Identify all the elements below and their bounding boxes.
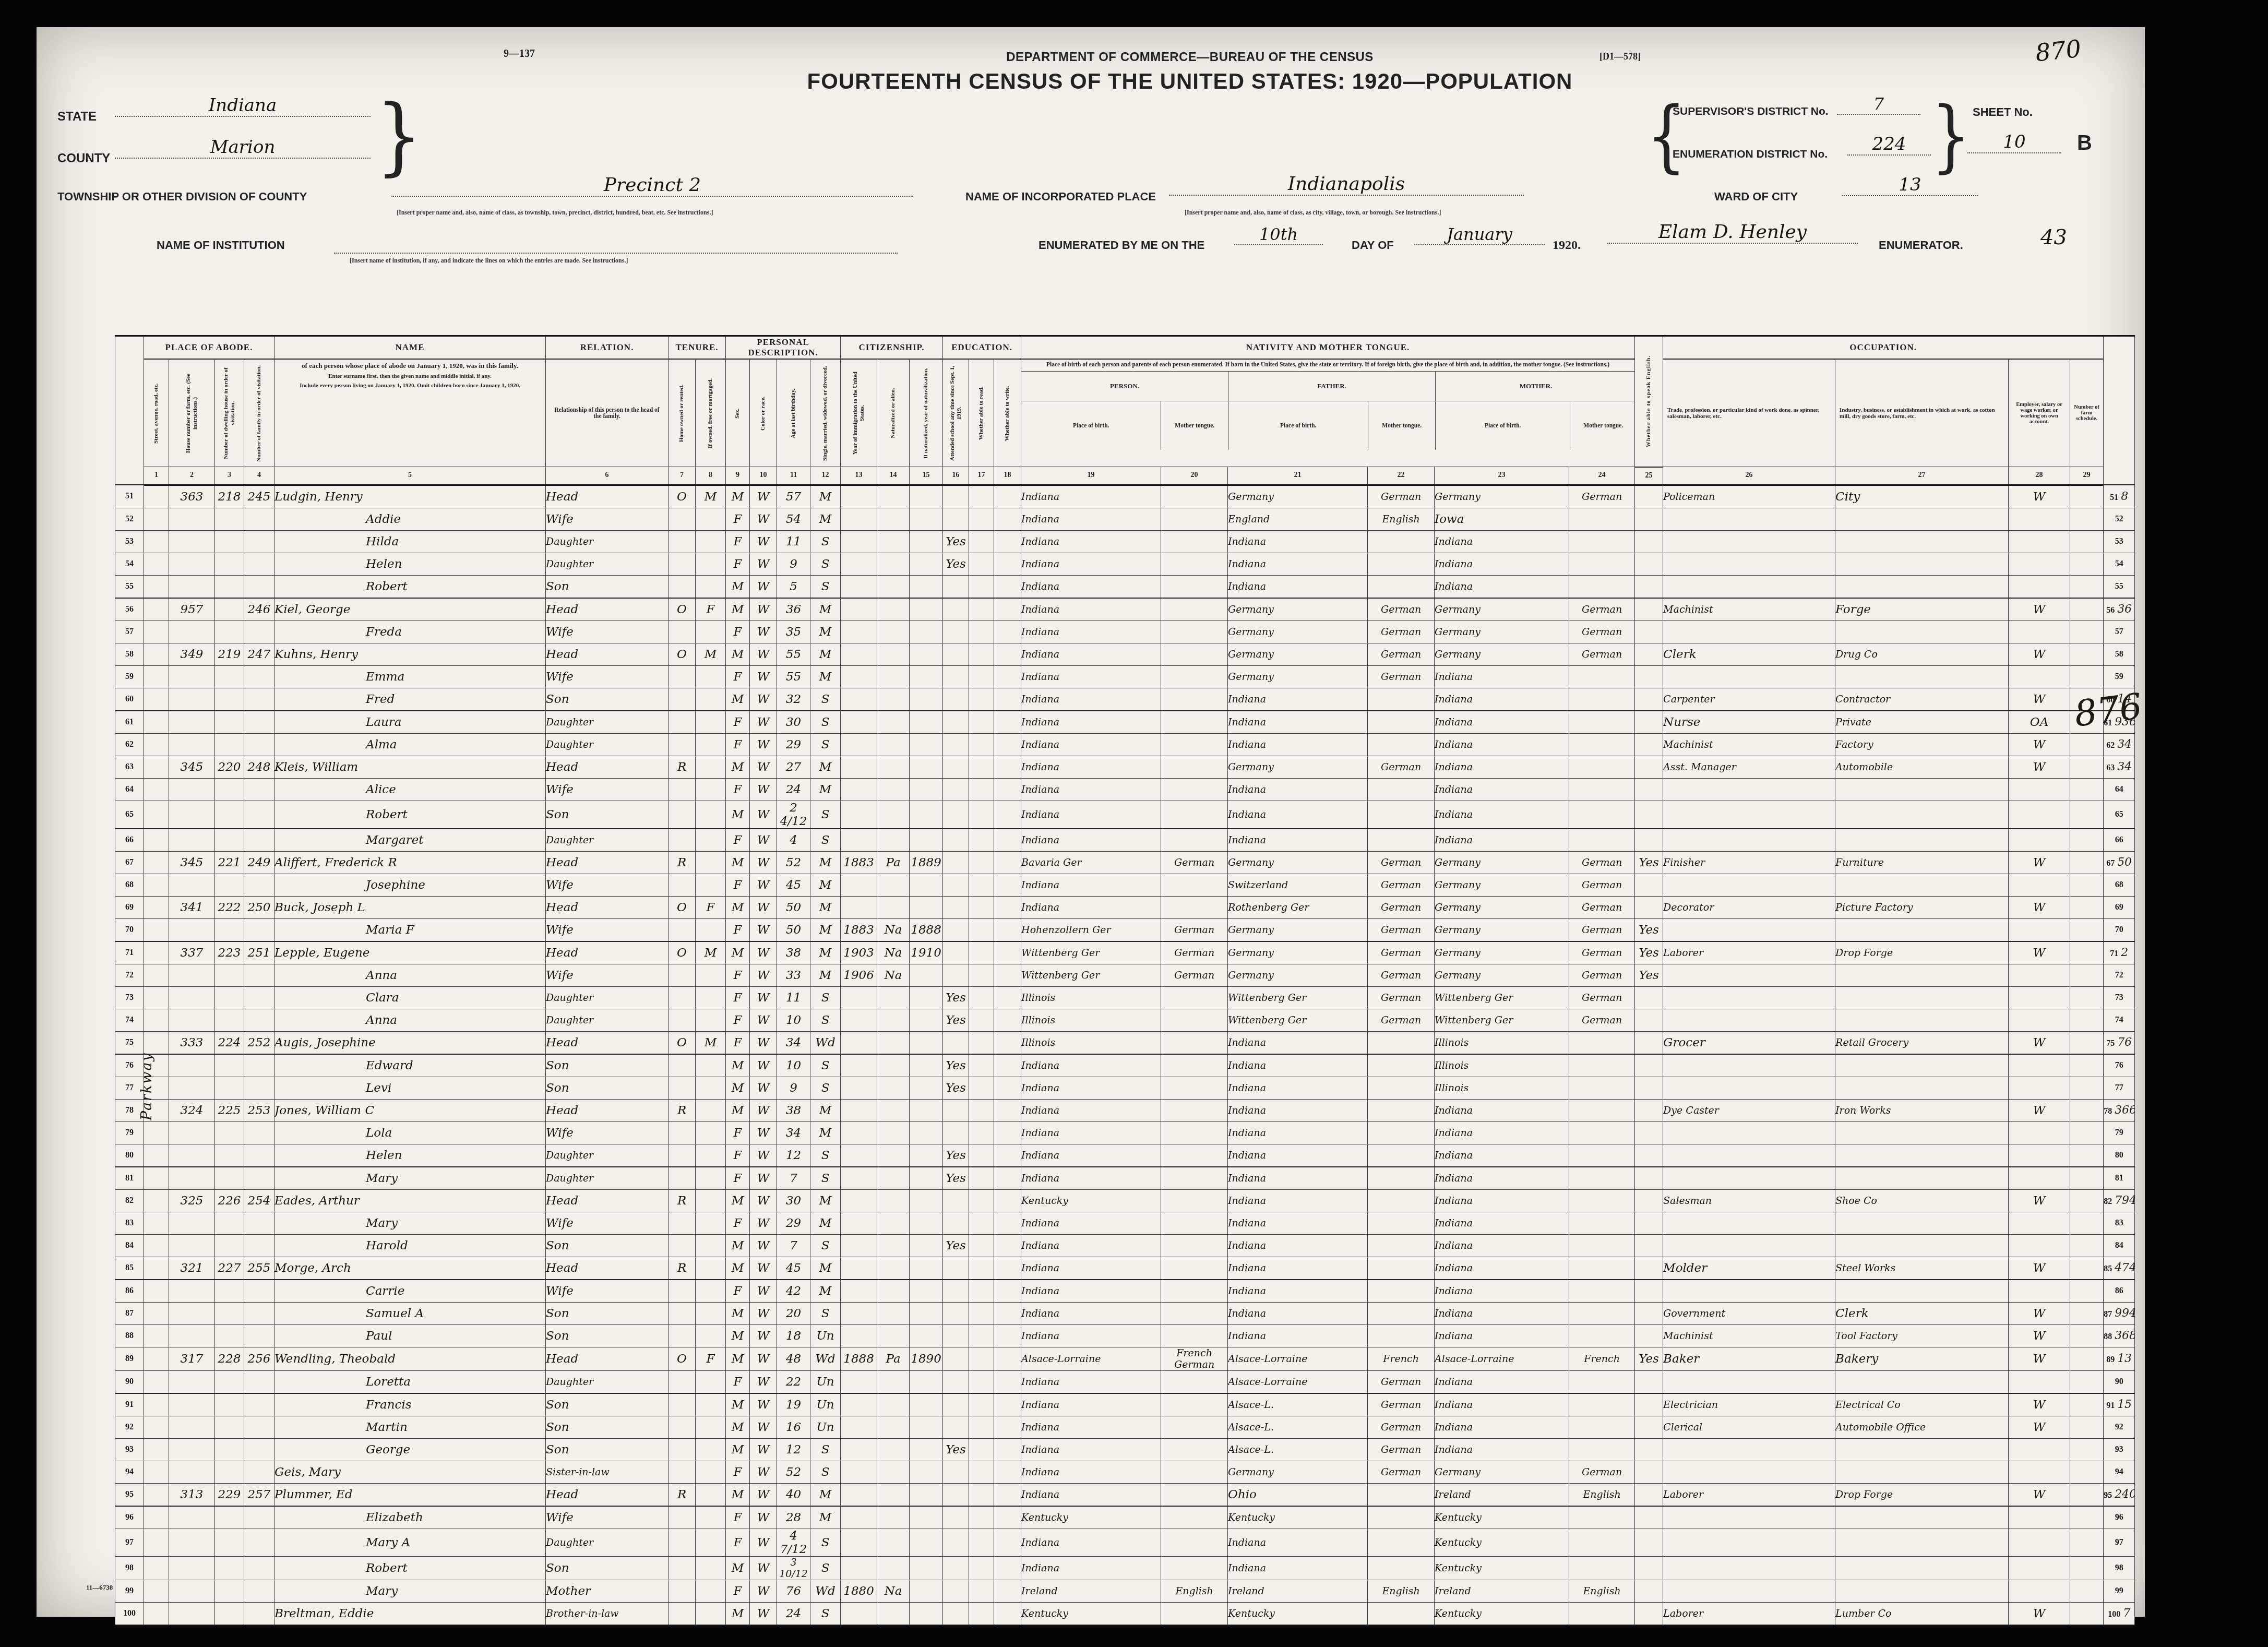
cell-rel: Head xyxy=(546,598,669,621)
cell-imm xyxy=(841,1529,877,1556)
cell-mmt xyxy=(1569,778,1635,801)
cell-emp xyxy=(2009,778,2070,801)
cell-mar: M xyxy=(810,508,841,530)
cell-sch xyxy=(943,485,969,508)
census-rows: 51363218245Ludgin, HenryHeadOMMW57MIndia… xyxy=(115,485,2135,1625)
cell-dw xyxy=(215,1077,244,1099)
cell-house: 337 xyxy=(169,941,215,964)
cell-pb: Indiana xyxy=(1021,1212,1161,1234)
cell-mar: M xyxy=(810,941,841,964)
cell-line-number-right: 69 xyxy=(2104,896,2135,918)
cell-sch xyxy=(943,575,969,598)
cell-mort xyxy=(696,1580,726,1602)
cell-ind: Drug Co xyxy=(1835,643,2009,665)
cell-emp: W xyxy=(2009,1189,2070,1212)
enumerator-number: 43 xyxy=(2040,225,2067,249)
cell-pb: Indiana xyxy=(1021,1054,1161,1077)
cell-street xyxy=(144,1506,169,1529)
cell-rel: Son xyxy=(546,575,669,598)
cell-imm: 1903 xyxy=(841,941,877,964)
cell-color: W xyxy=(750,896,777,918)
cell-nat xyxy=(877,874,910,896)
cell-read xyxy=(969,1302,994,1324)
cell-rel: Head xyxy=(546,485,669,508)
cell-sex: F xyxy=(726,1212,750,1234)
cell-own xyxy=(669,1602,696,1625)
cell-own: O xyxy=(669,1347,696,1370)
cell-ind: Forge xyxy=(1835,598,2009,621)
cell-mmt: German xyxy=(1569,620,1635,643)
cell-pb: Ireland xyxy=(1021,1580,1161,1602)
cell-pb: Indiana xyxy=(1021,598,1161,621)
cell-sch: Yes xyxy=(943,1438,969,1461)
cell-ind xyxy=(1835,778,2009,801)
mother-pob-label: Place of birth. xyxy=(1436,401,1570,450)
cell-line-number-right: 6334 xyxy=(2104,756,2135,778)
cell-mb: Indiana xyxy=(1435,778,1569,801)
cell-mar: S xyxy=(810,575,841,598)
cell-fmt: German xyxy=(1368,485,1435,508)
cell-mort xyxy=(696,1009,726,1031)
col-number-15: 15 xyxy=(910,467,943,485)
cell-imm xyxy=(841,688,877,711)
cell-mar: Un xyxy=(810,1370,841,1393)
cell-pmt xyxy=(1161,1212,1228,1234)
cell-occ: Machinist xyxy=(1663,733,1835,756)
cell-fmt xyxy=(1368,1556,1435,1580)
cell-pb: Indiana xyxy=(1021,665,1161,688)
cell-pmt xyxy=(1161,829,1228,852)
cell-dw: 223 xyxy=(215,941,244,964)
cell-natyr xyxy=(910,1280,943,1303)
cell-nat xyxy=(877,620,910,643)
margin-scribble: 368 xyxy=(2115,1329,2135,1342)
sheet-letter: B xyxy=(2077,132,2092,155)
cell-eng xyxy=(1635,986,1663,1009)
margin-scribble: 7 xyxy=(2123,1607,2130,1620)
cell-own xyxy=(669,778,696,801)
cell-natyr xyxy=(910,1054,943,1077)
cell-fam xyxy=(244,1324,274,1347)
cell-street xyxy=(144,643,169,665)
cell-line-number: 97 xyxy=(115,1529,144,1556)
cell-read xyxy=(969,530,994,553)
cell-line-number-right: 59 xyxy=(2104,665,2135,688)
cell-fb: Germany xyxy=(1228,620,1368,643)
cell-write xyxy=(994,851,1021,874)
cell-ind xyxy=(1835,918,2009,941)
cell-pb: Indiana xyxy=(1021,1438,1161,1461)
cell-mmt xyxy=(1569,1438,1635,1461)
cell-natyr xyxy=(910,1416,943,1438)
cell-mar: M xyxy=(810,665,841,688)
cell-imm xyxy=(841,1167,877,1190)
cell-line-number-right: 9115 xyxy=(2104,1393,2135,1416)
cell-fmt: German xyxy=(1368,851,1435,874)
cell-rel: Son xyxy=(546,1556,669,1580)
cell-dw: 218 xyxy=(215,485,244,508)
cell-read xyxy=(969,598,994,621)
cell-nat xyxy=(877,1461,910,1483)
cell-house xyxy=(169,1438,215,1461)
cell-emp xyxy=(2009,1167,2070,1190)
cell-rel: Son xyxy=(546,1393,669,1416)
cell-natyr xyxy=(910,711,943,734)
cell-line-number-right: 82794 xyxy=(2104,1189,2135,1212)
col-number-20: 20 xyxy=(1161,467,1228,485)
cell-dw: 228 xyxy=(215,1347,244,1370)
cell-fb: Indiana xyxy=(1228,829,1368,852)
cell-natyr xyxy=(910,1370,943,1393)
cell-ind xyxy=(1835,1054,2009,1077)
cell-ind: Private xyxy=(1835,711,2009,734)
cell-imm xyxy=(841,756,877,778)
cell-fmt xyxy=(1368,688,1435,711)
cell-color: W xyxy=(750,1370,777,1393)
cell-age: 76 xyxy=(777,1580,810,1602)
enumeration-district-value: 224 xyxy=(1847,134,1931,156)
cell-line-number: 87 xyxy=(115,1302,144,1324)
column-description-row: Street, avenue, road, etc. House number … xyxy=(115,359,2135,467)
cell-fam: 257 xyxy=(244,1483,274,1506)
cell-occ: Salesman xyxy=(1663,1189,1835,1212)
table-row: 63345220248Kleis, WilliamHeadRMW27MIndia… xyxy=(115,756,2135,778)
cell-name: Kiel, George xyxy=(274,598,546,621)
group-education: EDUCATION. xyxy=(943,336,1021,360)
page-title: FOURTEENTH CENSUS OF THE UNITED STATES: … xyxy=(710,69,1670,94)
cell-mb: Germany xyxy=(1435,874,1569,896)
cell-line-number-right: 66 xyxy=(2104,829,2135,852)
cell-pb: Illinois xyxy=(1021,986,1161,1009)
cell-color: W xyxy=(750,598,777,621)
cell-mar: S xyxy=(810,711,841,734)
cell-fam xyxy=(244,829,274,852)
cell-pb: Indiana xyxy=(1021,1121,1161,1144)
cell-pmt xyxy=(1161,733,1228,756)
cell-own xyxy=(669,829,696,852)
cell-line-number: 68 xyxy=(115,874,144,896)
sheet-number-scribble: 870 xyxy=(2034,34,2082,67)
cell-write xyxy=(994,1556,1021,1580)
cell-pmt xyxy=(1161,598,1228,621)
cell-emp: W xyxy=(2009,896,2070,918)
cell-write xyxy=(994,1529,1021,1556)
cell-sex: F xyxy=(726,620,750,643)
cell-pb: Indiana xyxy=(1021,1556,1161,1580)
cell-color: W xyxy=(750,1031,777,1054)
cell-dw xyxy=(215,665,244,688)
cell-pb: Indiana xyxy=(1021,620,1161,643)
cell-dw: 226 xyxy=(215,1189,244,1212)
col-marital-header: Single, married, widowed, or divorced. xyxy=(810,359,841,467)
cell-fam xyxy=(244,986,274,1009)
cell-line-number: 67 xyxy=(115,851,144,874)
cell-dw: 227 xyxy=(215,1257,244,1280)
column-number-row: 1234567891011121314151617181920212223242… xyxy=(115,467,2135,485)
cell-mar: M xyxy=(810,756,841,778)
col-number-10: 10 xyxy=(750,467,777,485)
cell-color: W xyxy=(750,485,777,508)
cell-mort xyxy=(696,1167,726,1190)
cell-write xyxy=(994,829,1021,852)
table-row: 65RobertSonMW2 4/12SIndianaIndianaIndian… xyxy=(115,801,2135,829)
cell-mb: Ireland xyxy=(1435,1580,1569,1602)
cell-house: 317 xyxy=(169,1347,215,1370)
cell-fam xyxy=(244,1602,274,1625)
cell-farm xyxy=(2070,1121,2104,1144)
cell-line-number: 82 xyxy=(115,1189,144,1212)
col-write-header: Whether able to write. xyxy=(994,359,1021,467)
cell-pb: Indiana xyxy=(1021,688,1161,711)
cell-age: 20 xyxy=(777,1302,810,1324)
cell-rel: Wife xyxy=(546,874,669,896)
cell-name: Alma xyxy=(274,733,546,756)
cell-mb: Indiana xyxy=(1435,1370,1569,1393)
cell-line-number: 93 xyxy=(115,1438,144,1461)
cell-own xyxy=(669,1280,696,1303)
cell-eng xyxy=(1635,711,1663,734)
table-row: 61LauraDaughterFW30SIndianaIndianaIndian… xyxy=(115,711,2135,734)
cell-farm xyxy=(2070,941,2104,964)
col-home-owned-header: Home owned or rented. xyxy=(669,359,696,467)
cell-house xyxy=(169,1556,215,1580)
cell-mb: Germany xyxy=(1435,620,1569,643)
cell-read xyxy=(969,986,994,1009)
cell-line-number: 57 xyxy=(115,620,144,643)
cell-street xyxy=(144,874,169,896)
cell-natyr xyxy=(910,1234,943,1257)
cell-fam xyxy=(244,1393,274,1416)
cell-fam xyxy=(244,1054,274,1077)
cell-pmt xyxy=(1161,1506,1228,1529)
cell-mort xyxy=(696,1602,726,1625)
cell-fb: Indiana xyxy=(1228,801,1368,829)
cell-read xyxy=(969,756,994,778)
cell-age: 7 xyxy=(777,1167,810,1190)
cell-nat xyxy=(877,756,910,778)
cell-mmt: German xyxy=(1569,485,1635,508)
cell-street xyxy=(144,711,169,734)
cell-rel: Mother xyxy=(546,1580,669,1602)
cell-rel: Wife xyxy=(546,1506,669,1529)
cell-dw xyxy=(215,1556,244,1580)
cell-dw xyxy=(215,1438,244,1461)
cell-imm xyxy=(841,801,877,829)
cell-sch xyxy=(943,756,969,778)
cell-rel: Head xyxy=(546,1257,669,1280)
cell-mb: Iowa xyxy=(1435,508,1569,530)
table-row: 78324225253Jones, William CHeadRMW38MInd… xyxy=(115,1099,2135,1121)
cell-occ xyxy=(1663,1370,1835,1393)
cell-line-number: 80 xyxy=(115,1144,144,1167)
cell-eng xyxy=(1635,1302,1663,1324)
cell-pmt xyxy=(1161,1438,1228,1461)
cell-sex: M xyxy=(726,1054,750,1077)
cell-color: W xyxy=(750,986,777,1009)
cell-mb: Germany xyxy=(1435,918,1569,941)
table-row: 98RobertSonMW3 10/12SIndianaIndianaKentu… xyxy=(115,1556,2135,1580)
cell-nat xyxy=(877,1529,910,1556)
cell-own: O xyxy=(669,643,696,665)
cell-mort xyxy=(696,1257,726,1280)
cell-mb: Indiana xyxy=(1435,1212,1569,1234)
cell-color: W xyxy=(750,1556,777,1580)
cell-ind: Steel Works xyxy=(1835,1257,2009,1280)
cell-sex: M xyxy=(726,485,750,508)
cell-line-number-right: 95240 xyxy=(2104,1483,2135,1506)
cell-mb: Germany xyxy=(1435,851,1569,874)
cell-fb: Germany xyxy=(1228,665,1368,688)
cell-rel: Wife xyxy=(546,1212,669,1234)
cell-pmt: German xyxy=(1161,851,1228,874)
cell-line-number: 62 xyxy=(115,733,144,756)
cell-line-number: 59 xyxy=(115,665,144,688)
cell-read xyxy=(969,1347,994,1370)
cell-fmt: German xyxy=(1368,964,1435,986)
cell-ind xyxy=(1835,553,2009,575)
cell-line-number-right: 86 xyxy=(2104,1280,2135,1303)
cell-age: 36 xyxy=(777,598,810,621)
col-industry-header: Industry, business, or establishment in … xyxy=(1835,359,2009,467)
cell-fam: 248 xyxy=(244,756,274,778)
cell-house xyxy=(169,1416,215,1438)
cell-fb: Germany xyxy=(1228,756,1368,778)
cell-pb: Indiana xyxy=(1021,1483,1161,1506)
cell-own xyxy=(669,688,696,711)
cell-own: R xyxy=(669,1099,696,1121)
cell-street xyxy=(144,598,169,621)
cell-own: O xyxy=(669,485,696,508)
cell-own xyxy=(669,1370,696,1393)
cell-occ xyxy=(1663,1461,1835,1483)
group-occupation: OCCUPATION. xyxy=(1663,336,2104,360)
cell-mort xyxy=(696,1189,726,1212)
cell-color: W xyxy=(750,1212,777,1234)
cell-mort xyxy=(696,874,726,896)
cell-read xyxy=(969,1189,994,1212)
cell-sch xyxy=(943,1212,969,1234)
cell-mmt xyxy=(1569,711,1635,734)
cell-eng xyxy=(1635,1461,1663,1483)
cell-mort xyxy=(696,733,726,756)
cell-mar: M xyxy=(810,778,841,801)
cell-sex: M xyxy=(726,1438,750,1461)
cell-street xyxy=(144,553,169,575)
cell-mb: Germany xyxy=(1435,598,1569,621)
cell-line-number-right: 54 xyxy=(2104,553,2135,575)
cell-line-number: 56 xyxy=(115,598,144,621)
cell-line-number-right: 58 xyxy=(2104,643,2135,665)
cell-house: 324 xyxy=(169,1099,215,1121)
cell-mort: M xyxy=(696,485,726,508)
cell-fb: Indiana xyxy=(1228,1280,1368,1303)
cell-mb: Wittenberg Ger xyxy=(1435,986,1569,1009)
cell-nat: Pa xyxy=(877,1347,910,1370)
cell-own xyxy=(669,1302,696,1324)
cell-occ xyxy=(1663,665,1835,688)
cell-rel: Son xyxy=(546,1324,669,1347)
cell-imm xyxy=(841,1189,877,1212)
cell-name: Hilda xyxy=(274,530,546,553)
cell-nat xyxy=(877,1144,910,1167)
cell-rel: Son xyxy=(546,1302,669,1324)
cell-pb: Indiana xyxy=(1021,1370,1161,1393)
cell-street xyxy=(144,733,169,756)
margin-scribble: 76 xyxy=(2117,1036,2132,1049)
cell-ind xyxy=(1835,1234,2009,1257)
cell-line-number-right: 97 xyxy=(2104,1529,2135,1556)
form-code-top: 9—137 xyxy=(504,48,535,60)
cell-age: 4 xyxy=(777,829,810,852)
cell-fmt xyxy=(1368,1483,1435,1506)
enumerator-label: ENUMERATOR. xyxy=(1879,238,1963,252)
cell-occ xyxy=(1663,1167,1835,1190)
cell-occ xyxy=(1663,1506,1835,1529)
group-header-row: PLACE OF ABODE. NAME RELATION. TENURE. P… xyxy=(115,336,2135,360)
cell-eng xyxy=(1635,688,1663,711)
cell-fmt: German xyxy=(1368,643,1435,665)
cell-fam xyxy=(244,508,274,530)
cell-farm xyxy=(2070,1393,2104,1416)
cell-nat xyxy=(877,1257,910,1280)
cell-sex: M xyxy=(726,1234,750,1257)
cell-rel: Head xyxy=(546,896,669,918)
col-number-29: 29 xyxy=(2070,467,2104,485)
cell-emp xyxy=(2009,1121,2070,1144)
cell-pmt xyxy=(1161,1144,1228,1167)
cell-rel: Wife xyxy=(546,665,669,688)
cell-eng xyxy=(1635,530,1663,553)
cell-house xyxy=(169,1212,215,1234)
cell-fb: Kentucky xyxy=(1228,1602,1368,1625)
cell-eng xyxy=(1635,1393,1663,1416)
cell-pmt xyxy=(1161,1602,1228,1625)
cell-color: W xyxy=(750,1580,777,1602)
cell-pmt: German xyxy=(1161,941,1228,964)
cell-house xyxy=(169,711,215,734)
cell-fb: Ohio xyxy=(1228,1483,1368,1506)
cell-sex: M xyxy=(726,1302,750,1324)
cell-fam xyxy=(244,964,274,986)
cell-occ: Asst. Manager xyxy=(1663,756,1835,778)
cell-fam xyxy=(244,1556,274,1580)
cell-fam xyxy=(244,1077,274,1099)
cell-sex: M xyxy=(726,1483,750,1506)
cell-house xyxy=(169,1370,215,1393)
cell-fmt xyxy=(1368,1099,1435,1121)
cell-imm xyxy=(841,1099,877,1121)
cell-pmt xyxy=(1161,1167,1228,1190)
cell-ind: Bakery xyxy=(1835,1347,2009,1370)
cell-read xyxy=(969,711,994,734)
cell-line-number-right: 99 xyxy=(2104,1580,2135,1602)
table-row: 70Maria FWifeFW50M1883Na1888Hohenzollern… xyxy=(115,918,2135,941)
col-color-header: Color or race. xyxy=(750,359,777,467)
cell-fam: 247 xyxy=(244,643,274,665)
cell-name: Samuel A xyxy=(274,1302,546,1324)
cell-eng xyxy=(1635,778,1663,801)
cell-mb: Indiana xyxy=(1435,665,1569,688)
cell-mmt xyxy=(1569,1602,1635,1625)
cell-name: Martin xyxy=(274,1416,546,1438)
cell-line-number: 70 xyxy=(115,918,144,941)
cell-imm xyxy=(841,665,877,688)
cell-line-number: 58 xyxy=(115,643,144,665)
cell-occ xyxy=(1663,1212,1835,1234)
cell-mar: M xyxy=(810,620,841,643)
cell-own xyxy=(669,1144,696,1167)
cell-dw xyxy=(215,1234,244,1257)
